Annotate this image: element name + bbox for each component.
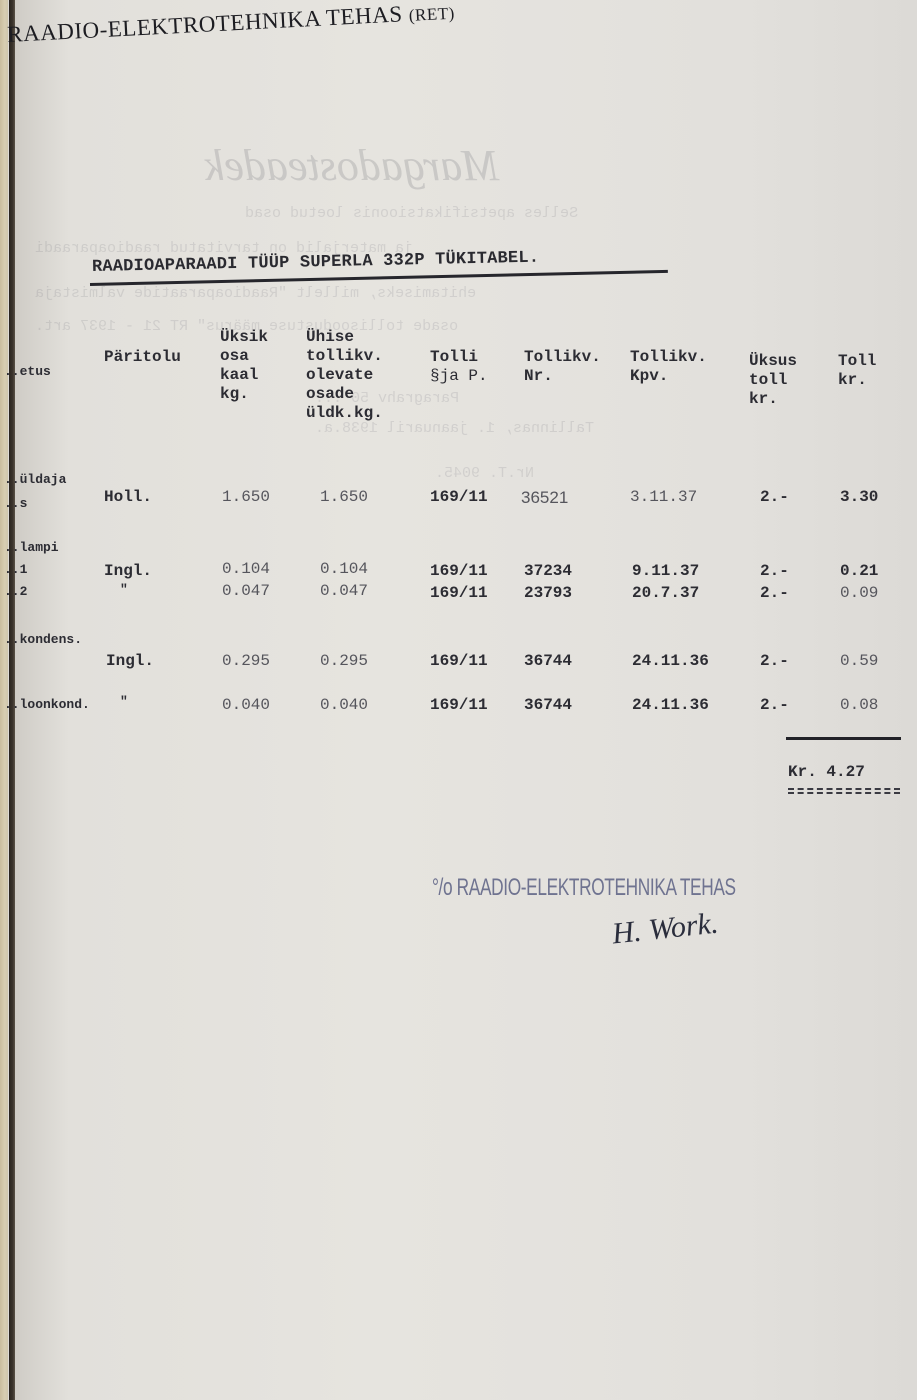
row-uksus: 2.-: [760, 652, 789, 671]
company-stamp: °/o RAADIO-ELEKTROTEHNIKA TEHAS: [432, 874, 736, 902]
row-kpv: 20.7.37: [632, 584, 699, 603]
row-nr: 23793: [524, 584, 572, 603]
row-nr: 36521: [521, 488, 568, 507]
total-amount: Kr. 4.27: [788, 763, 865, 782]
row-toll: 0.21: [840, 562, 878, 581]
row-kpv: 24.11.36: [632, 696, 709, 715]
row-nimetus: ..üldaja: [4, 470, 66, 489]
header-nimetus: ..etus: [4, 362, 51, 381]
row-kaal: 0.295: [222, 652, 270, 671]
row-tolli: 169/11: [430, 562, 488, 581]
row-nimetus: ..2: [4, 582, 27, 601]
header-uksus-toll-kr: Üksus toll kr.: [749, 352, 797, 409]
row-toll: 0.59: [840, 652, 878, 671]
row-uldk: 0.047: [320, 582, 368, 601]
bleed-through-line: Nr.T. 9045.: [435, 465, 534, 482]
row-nimetus: ..lampi: [4, 538, 59, 557]
row-kaal: 0.040: [222, 696, 270, 715]
row-nimetus: ..kondens.: [4, 630, 82, 649]
row-uldk: 0.040: [320, 696, 368, 715]
row-paritolu-ditto: ": [120, 580, 128, 599]
header-tolli-sja-p: Tolli §ja P.: [430, 348, 488, 386]
row-kpv: 3.11.37: [630, 488, 697, 507]
bleed-through-handwriting: Margadosteadek: [205, 140, 499, 191]
row-uldk: 0.295: [320, 652, 368, 671]
header-uksik-osa-kaal: Üksik osa kaal kg.: [220, 328, 268, 404]
row-nr: 37234: [524, 562, 572, 581]
row-uksus: 2.-: [760, 488, 789, 507]
row-nimetus: ..loonkond.: [4, 695, 90, 714]
row-tolli: 169/11: [430, 652, 488, 671]
row-paritolu: Ingl.: [104, 562, 152, 581]
row-uksus: 2.-: [760, 562, 789, 581]
row-toll: 3.30: [840, 488, 878, 507]
total-double-rule: [788, 788, 900, 794]
row-paritolu: Holl.: [104, 488, 152, 507]
bleed-through-line: ehitamiseks, millelt "Raadioaparaatide v…: [35, 285, 476, 302]
row-tolli: 169/11: [430, 584, 488, 603]
row-nr: 36744: [524, 652, 572, 671]
header-toll-kr: Toll kr.: [838, 352, 876, 390]
row-paritolu-ditto: ": [120, 692, 128, 711]
row-nimetus: ..s: [4, 494, 27, 513]
row-kpv: 24.11.36: [632, 652, 709, 671]
header-uhise-tollikv: Ühise tollikv. olevate osade üldk.kg.: [306, 328, 383, 423]
row-kaal: 0.104: [222, 560, 270, 579]
company-abbrev: (RET): [408, 4, 455, 25]
row-kaal: 0.047: [222, 582, 270, 601]
row-kpv: 9.11.37: [632, 562, 699, 581]
row-kaal: 1.650: [222, 488, 270, 507]
row-toll: 0.09: [840, 584, 878, 603]
row-uksus: 2.-: [760, 696, 789, 715]
row-uldk: 1.650: [320, 488, 368, 507]
row-nimetus: ..1: [4, 560, 27, 579]
bleed-through-line: Selles apetsifikatsioonis loetud osad: [245, 205, 578, 222]
row-tolli: 169/11: [430, 696, 488, 715]
row-tolli: 169/11: [430, 488, 488, 507]
header-paritolu: Päritolu: [104, 348, 181, 367]
row-uksus: 2.-: [760, 584, 789, 603]
row-toll: 0.08: [840, 696, 878, 715]
header-tollikv-kpv: Tollikv. Kpv.: [630, 348, 707, 386]
header-tollikv-nr: Tollikv. Nr.: [524, 348, 601, 386]
row-paritolu: Ingl.: [106, 652, 154, 671]
sum-rule: [786, 737, 901, 740]
row-nr: 36744: [524, 696, 572, 715]
row-uldk: 0.104: [320, 560, 368, 579]
